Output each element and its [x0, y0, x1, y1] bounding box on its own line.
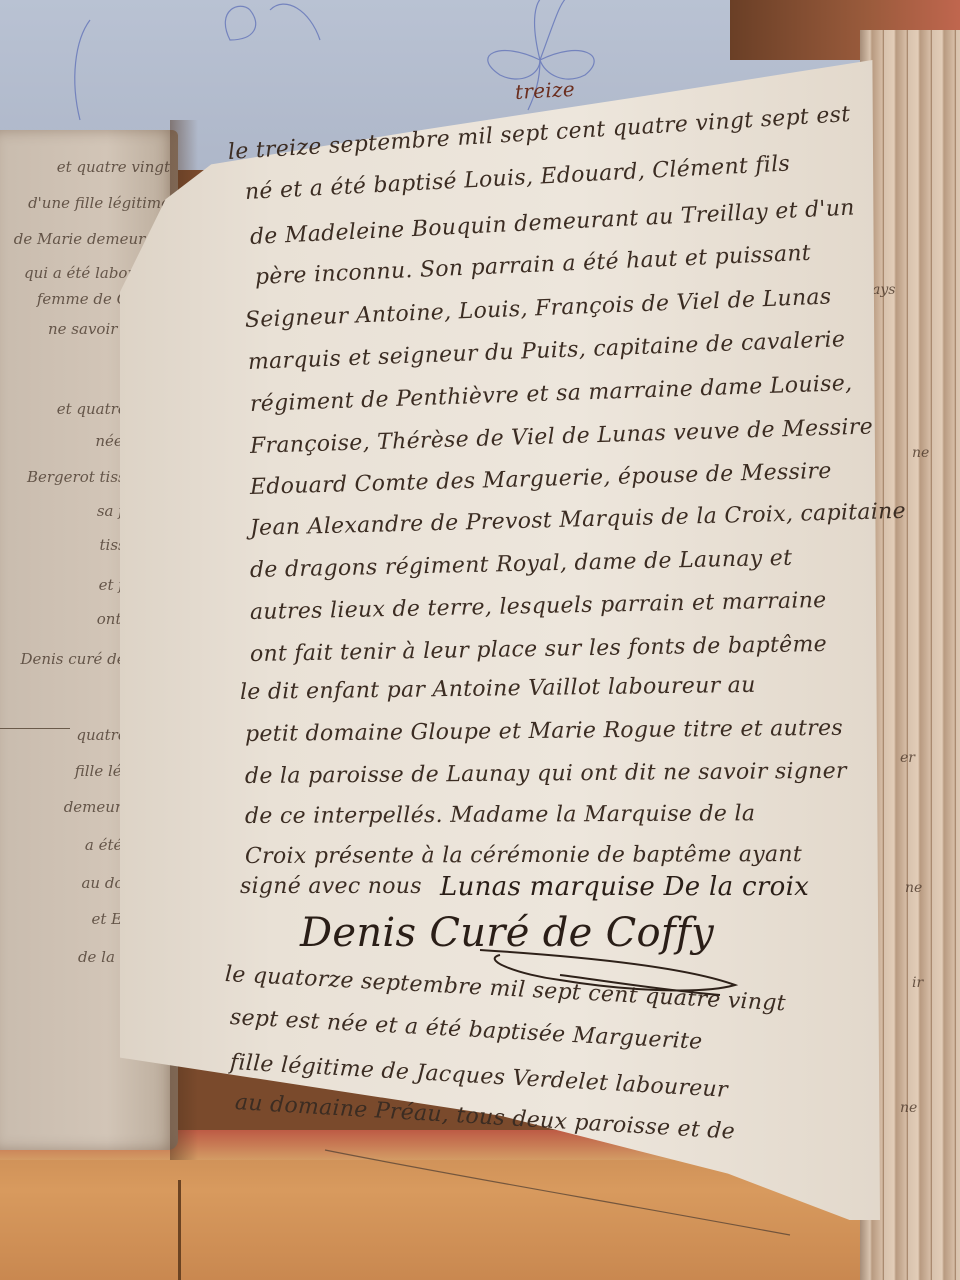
manuscript-line: Croix présente à la cérémonie de baptême…: [245, 842, 802, 869]
manuscript-line: signé avec nous: [240, 874, 422, 899]
manuscript-line: de la paroisse de Launay qui ont dit ne …: [245, 759, 847, 789]
witness-signature: Lunas marquise De la croix: [440, 872, 809, 902]
margin-fragment: ir: [912, 975, 923, 991]
priest-signature: Denis Curé de Coffy: [300, 910, 714, 956]
book-cover-seam: [178, 1180, 181, 1280]
margin-fragment: ne: [900, 1100, 917, 1116]
margin-fragment: ays: [872, 282, 895, 298]
left-page-line: d'une fille légitime: [0, 194, 178, 212]
marginal-correction: treize: [514, 77, 575, 104]
margin-fragment: er: [900, 750, 915, 766]
manuscript-line: de ce interpellés. Madame la Marquise de…: [245, 801, 755, 829]
margin-fragment: ne: [905, 880, 922, 896]
left-page-line: et quatre vingt: [0, 158, 178, 176]
margin-fragment: ne: [912, 445, 929, 461]
